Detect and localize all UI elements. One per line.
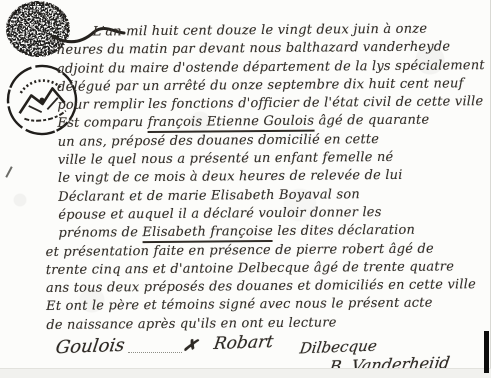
line-text: prénoms de	[58, 225, 142, 241]
line-text: le vingt de ce mois à deux heures de rel…	[58, 168, 403, 186]
line-text: adjoint du maire d'ostende département d…	[57, 58, 485, 77]
underlined-name-child: Elisabeth françoise	[142, 224, 273, 243]
witness-mark-icon: ✗	[182, 335, 199, 357]
line-text: les dites déclaration	[273, 223, 415, 239]
manuscript-line: Et ont le père et témoins signé avec nou…	[46, 295, 479, 317]
signature-goulois: Goulois	[54, 335, 126, 358]
line-text: et présentation faite en présence de pie…	[46, 241, 434, 259]
line-text: Est comparu	[57, 116, 147, 132]
manuscript-text-block: L'an mil huit cent douze le vingt deux j…	[57, 20, 480, 335]
line-text: délégué par un arrêté du onze septembre …	[57, 76, 463, 95]
line-text: ans tous deux préposés des douanes et do…	[46, 277, 476, 296]
line-text: épouse et auquel il a déclaré vouloir do…	[58, 205, 381, 223]
line-text: L'an mil huit cent douze le vingt deux j…	[93, 22, 428, 40]
scan-edge-bar	[484, 331, 489, 373]
line-text: un ans, préposé des douanes domicilié en…	[58, 132, 380, 150]
line-text: heures du matin par devant nous balthaza…	[57, 40, 450, 58]
scan-bottom-band	[0, 368, 491, 378]
underlined-name-father: françois Etienne Goulois	[148, 114, 315, 133]
line-text: trente cinq ans et d'antoine Delbecque â…	[46, 259, 454, 278]
paraph-dots	[128, 352, 182, 353]
line-text: pour remplir les fonctions d'officier de…	[57, 94, 483, 113]
manuscript-line: Est comparu françois Etienne Goulois âgé…	[57, 112, 477, 134]
signature-dilbecque: Dilbecque	[299, 337, 379, 358]
line-text: de naissance après qu'ils en ont eu lect…	[46, 315, 336, 333]
line-text: âgé de quarante	[314, 113, 429, 129]
scanned-birth-record-page: L'an mil huit cent douze le vingt deux j…	[0, 0, 491, 378]
line-text: Déclarant et de marie Elisabeth Boyaval …	[58, 187, 360, 205]
line-text: ville le quel nous a présenté un enfant …	[58, 150, 394, 168]
line-text: Et ont le père et témoins signé avec nou…	[46, 296, 433, 314]
signature-robart: Robart	[212, 332, 274, 354]
ink-stray-mark	[5, 166, 12, 178]
